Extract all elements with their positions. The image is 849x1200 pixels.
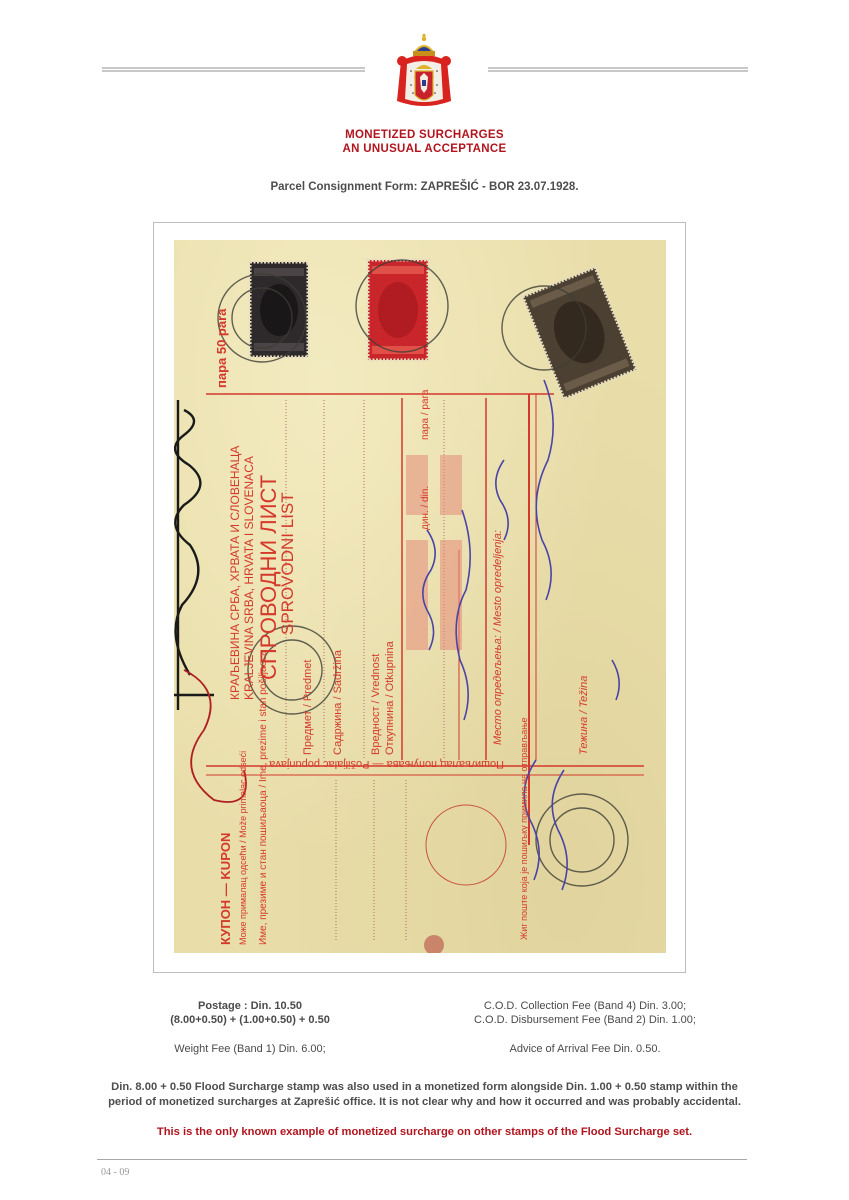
form-coupon-sender: Име, презиме и стан пошиљаоца / Ime, pre… — [258, 650, 269, 945]
form-sender-strip: Пошиљалац попуњава — Pošiljalac popunjav… — [269, 758, 504, 770]
form-kingdom-lat: KRALJEVINA SRBA, HRVATA I SLOVENACA — [242, 456, 256, 700]
cod-collection-fee: C.O.D. Collection Fee (Band 4) Din. 3.00… — [460, 999, 710, 1013]
cod-disbursement-fee: C.O.D. Disbursement Fee (Band 2) Din. 1.… — [460, 1013, 710, 1027]
advice-of-arrival-fee: Advice of Arrival Fee Din. 0.50. — [460, 1042, 710, 1056]
form-coupon-title: КУПОН — KUPON — [218, 833, 233, 945]
description-line-2: period of monetized surcharges at Zapreš… — [60, 1095, 789, 1110]
description-line-1: Din. 8.00 + 0.50 Flood Surcharge stamp w… — [60, 1080, 789, 1095]
stamp-50-para — [523, 268, 637, 399]
page-title: MONETIZED SURCHARGES — [0, 128, 849, 142]
highlight-note: This is the only known example of moneti… — [0, 1126, 849, 1138]
page-number: 04 - 09 — [101, 1167, 129, 1178]
form-unit-din: дин. / din. — [420, 486, 431, 530]
footer-rule — [97, 1159, 747, 1160]
parcel-consignment-form-image: пара 50 para КРАЉЕВИНА СРБА, ХРВАТА И СЛ… — [174, 240, 666, 953]
postage-breakdown: (8.00+0.50) + (1.00+0.50) + 0.50 — [140, 1013, 360, 1027]
form-office-note: Жиг поште која је пошиљку примила на отп… — [519, 717, 529, 940]
postage-total: Postage : Din. 10.50 — [140, 999, 360, 1013]
header-rule-left — [102, 67, 365, 72]
form-field-mesto: Место опредељења: / Mesto opredeljenja: — [492, 530, 504, 745]
royal-crest-icon — [393, 31, 455, 129]
form-fee-label: пара 50 para — [214, 309, 229, 388]
form-field-tezina: Тежина / Težina — [578, 676, 590, 755]
page-subtitle: AN UNUSUAL ACCEPTANCE — [0, 142, 849, 156]
weight-fee: Weight Fee (Band 1) Din. 6.00; — [140, 1042, 360, 1056]
form-unit-labels: пара / para — [420, 390, 431, 440]
form-coupon-sub: Може прималац одсећи / Može primalac ods… — [238, 751, 248, 945]
form-caption: Parcel Consignment Form: ZAPREŠIĆ - BOR … — [0, 181, 849, 193]
form-field-predmet: Предмет / Predmet — [302, 660, 314, 755]
form-field-vrednost: Вредност / Vrednost — [370, 654, 382, 755]
header-rule-right — [488, 67, 748, 72]
form-heading-lat: SPROVODNI LIST — [278, 492, 298, 635]
form-kingdom-cyr: КРАЉЕВИНА СРБА, ХРВАТА И СЛОВЕНАЦА — [228, 446, 242, 700]
form-field-otkupnina: Откупнина / Otkupnina — [384, 641, 396, 755]
description: Din. 8.00 + 0.50 Flood Surcharge stamp w… — [60, 1080, 789, 1110]
form-field-sadrzina: Садржина / Sadržina — [332, 650, 344, 755]
